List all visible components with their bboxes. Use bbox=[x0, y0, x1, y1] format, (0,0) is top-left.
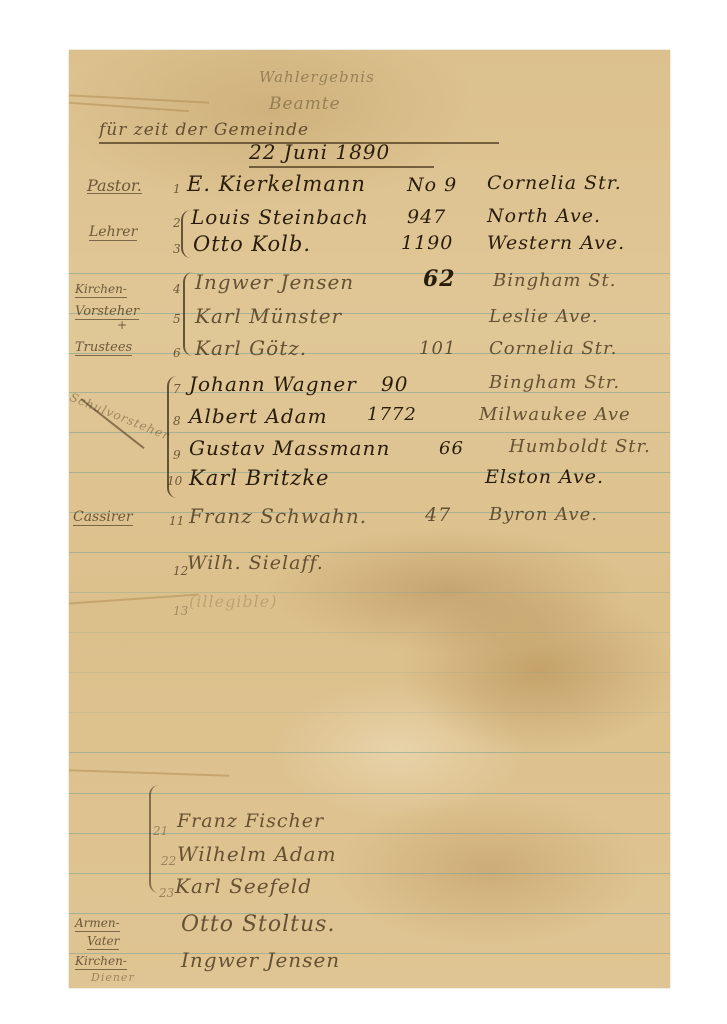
paper-crease bbox=[69, 769, 229, 777]
entry-number: 2 bbox=[173, 216, 181, 230]
entry-street: Western Ave. bbox=[487, 232, 625, 254]
entry-house-no: 101 bbox=[419, 338, 456, 359]
entry-number: 22 bbox=[161, 854, 176, 868]
footer-entry-name: Otto Stoltus. bbox=[181, 912, 335, 937]
entry-number: 21 bbox=[153, 824, 168, 838]
entry-street: Cornelia Str. bbox=[489, 338, 617, 359]
entry-house-no: 1190 bbox=[401, 232, 453, 254]
entry-house-no: 47 bbox=[425, 504, 451, 526]
entry-number: 12 bbox=[173, 564, 188, 578]
ruled-line bbox=[69, 712, 670, 713]
entry-house-no: 90 bbox=[381, 372, 408, 396]
paper-crease bbox=[69, 102, 189, 112]
entry-name: (illegible) bbox=[189, 592, 278, 611]
entry-name: Wilh. Sielaff. bbox=[187, 552, 324, 574]
brace-lower bbox=[149, 785, 159, 893]
ruled-line bbox=[69, 632, 670, 633]
header-date: 22 Juni 1890 bbox=[249, 140, 390, 164]
entry-name: Gustav Massmann bbox=[189, 436, 390, 460]
paper-crease bbox=[69, 593, 199, 604]
entry-street: Bingham Str. bbox=[489, 372, 620, 393]
margin-label-diener: Diener bbox=[91, 971, 135, 984]
entry-number: 10 bbox=[167, 474, 182, 488]
ruled-line bbox=[69, 552, 670, 553]
header-line-2: Beamte bbox=[269, 94, 341, 114]
plus-mark: + bbox=[117, 318, 127, 332]
brace-vorsteher bbox=[183, 272, 193, 356]
margin-label-schulvorsteher: Schulvorsteher bbox=[69, 390, 172, 443]
ruled-line bbox=[69, 752, 670, 753]
entry-number: 11 bbox=[169, 514, 184, 528]
entry-house-no: 1772 bbox=[367, 404, 417, 425]
ruled-line bbox=[69, 592, 670, 593]
date-underline bbox=[249, 166, 434, 168]
entry-number: 23 bbox=[159, 886, 174, 900]
brace-lehrer bbox=[181, 210, 191, 258]
entry-street: Leslie Ave. bbox=[489, 306, 599, 327]
entry-number: 9 bbox=[173, 448, 181, 462]
margin-label-lehrer: Lehrer bbox=[89, 225, 137, 241]
entry-street: Cornelia Str. bbox=[487, 172, 622, 194]
header-line-3: für zeit der Gemeinde bbox=[99, 120, 309, 140]
entry-name: Ingwer Jensen bbox=[195, 270, 354, 294]
entry-name: Franz Fischer bbox=[177, 810, 324, 832]
entry-name: Louis Steinbach bbox=[191, 205, 369, 229]
entry-number: 3 bbox=[173, 242, 181, 256]
entry-number: 6 bbox=[173, 346, 181, 360]
entry-number: 4 bbox=[173, 282, 181, 296]
paper-crease bbox=[69, 94, 209, 103]
entry-name: Karl Münster bbox=[195, 304, 342, 328]
entry-street: Bingham St. bbox=[493, 270, 617, 291]
entry-house-no: No 9 bbox=[407, 174, 457, 196]
document-page: Wahlergebnis Beamte für zeit der Gemeind… bbox=[69, 50, 670, 988]
entry-number: 13 bbox=[173, 604, 188, 618]
entry-street: Milwaukee Ave bbox=[479, 404, 631, 425]
entry-name: Karl Britzke bbox=[189, 466, 329, 490]
margin-label-pastor: Pastor. bbox=[87, 178, 142, 194]
entry-name: E. Kierkelmann bbox=[187, 172, 366, 196]
entry-name: Karl Seefeld bbox=[175, 874, 312, 898]
ruled-line bbox=[69, 793, 670, 794]
margin-label-trustees: Trustees bbox=[75, 340, 132, 356]
margin-label-kirchen: Kirchen- bbox=[75, 282, 127, 298]
entry-street: Elston Ave. bbox=[485, 466, 604, 488]
entry-name: Albert Adam bbox=[189, 404, 328, 428]
entry-house-no: 66 bbox=[439, 438, 464, 459]
entry-street: North Ave. bbox=[487, 205, 601, 227]
entry-name: Johann Wagner bbox=[189, 372, 357, 396]
entry-name: Franz Schwahn. bbox=[189, 504, 367, 528]
entry-number: 8 bbox=[173, 414, 181, 428]
margin-label-kirchen-diener: Kirchen- bbox=[75, 954, 127, 970]
entry-house-no: 62 bbox=[423, 266, 456, 292]
ruled-line bbox=[69, 873, 670, 874]
header-line-1: Wahlergebnis bbox=[259, 68, 375, 86]
entry-number: 5 bbox=[173, 312, 181, 326]
entry-house-no: 947 bbox=[407, 206, 446, 228]
entry-number: 7 bbox=[173, 382, 181, 396]
ruled-line bbox=[69, 913, 670, 914]
entry-street: Byron Ave. bbox=[489, 504, 598, 525]
entry-street: Humboldt Str. bbox=[509, 436, 651, 457]
margin-label-vater: Vater bbox=[87, 934, 119, 950]
entry-number: 1 bbox=[173, 182, 181, 196]
entry-name: Wilhelm Adam bbox=[177, 842, 337, 866]
margin-label-vorsteher: Vorsteher bbox=[75, 304, 139, 320]
margin-label-armen: Armen- bbox=[75, 916, 120, 932]
entry-name: Otto Kolb. bbox=[193, 232, 311, 256]
footer-entry-name: Ingwer Jensen bbox=[181, 948, 340, 972]
ruled-line bbox=[69, 953, 670, 954]
ruled-line bbox=[69, 672, 670, 673]
entry-name: Karl Götz. bbox=[195, 336, 307, 360]
margin-label-cassirer: Cassirer bbox=[73, 510, 133, 526]
